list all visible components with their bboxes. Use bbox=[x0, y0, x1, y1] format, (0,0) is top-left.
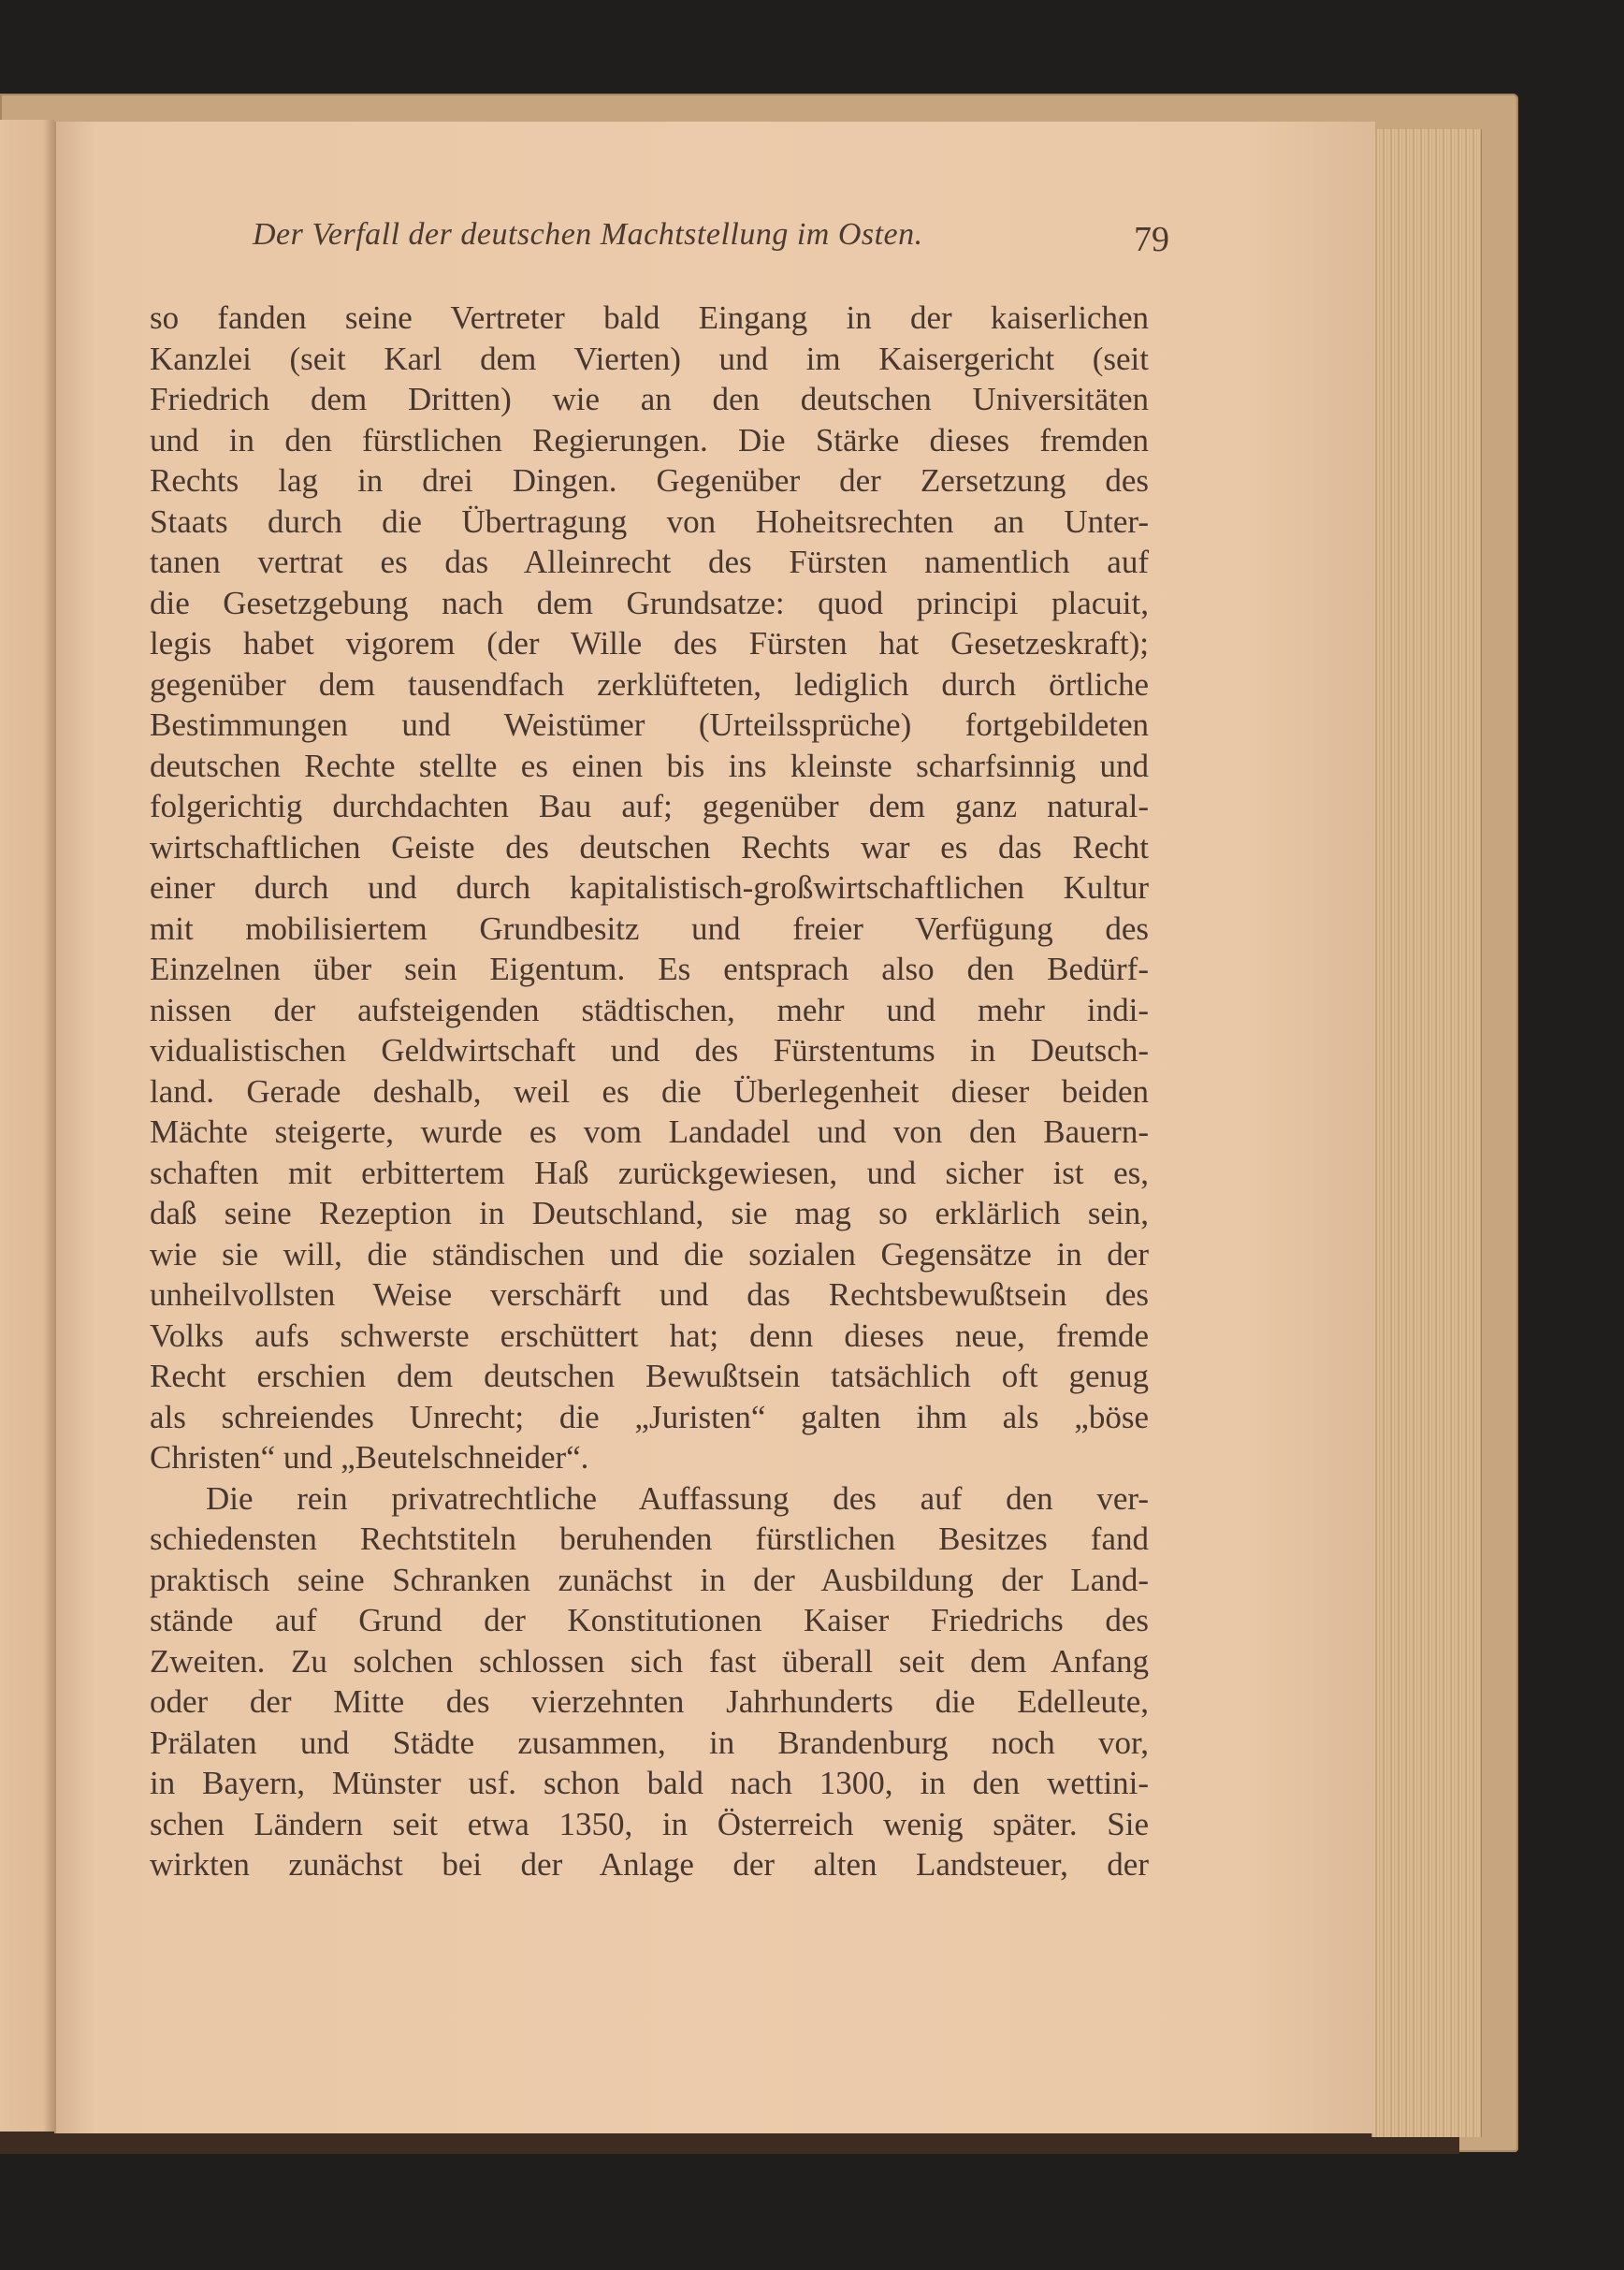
text-line-paragraph-end: Christen“ und „Beutelschneider“. bbox=[150, 1437, 1149, 1478]
page-number: 79 bbox=[1134, 219, 1169, 260]
text-line: Bestimmungen und Weistümer (Urteilssprüc… bbox=[150, 705, 1149, 746]
text-line: Friedrich dem Dritten) wie an den deutsc… bbox=[150, 379, 1149, 420]
text-line: stände auf Grund der Konstitutionen Kais… bbox=[150, 1600, 1149, 1641]
text-line: Kanzlei (seit Karl dem Vierten) und im K… bbox=[150, 339, 1149, 380]
text-line: Prälaten und Städte zusammen, in Branden… bbox=[150, 1723, 1149, 1764]
text-line: schaften mit erbittertem Haß zurückgewie… bbox=[150, 1153, 1149, 1194]
text-line: und in den fürstlichen Regierungen. Die … bbox=[150, 420, 1149, 461]
text-line: legis habet vigorem (der Wille des Fürst… bbox=[150, 623, 1149, 664]
text-line: Mächte steigerte, wurde es vom Landadel … bbox=[150, 1112, 1149, 1153]
left-page-edge bbox=[0, 120, 54, 2132]
text-line: Recht erschien dem deutschen Bewußtsein … bbox=[150, 1356, 1149, 1397]
text-line: nissen der aufsteigenden städtischen, me… bbox=[150, 990, 1149, 1031]
text-line: Zweiten. Zu solchen schlossen sich fast … bbox=[150, 1641, 1149, 1682]
body-text: so fanden seine Vertreter bald Eingang i… bbox=[150, 298, 1149, 1885]
text-line: einer durch und durch kapitalistisch-gro… bbox=[150, 867, 1149, 909]
cover-bottom-edge bbox=[0, 2132, 1459, 2154]
text-line: Einzelnen über sein Eigentum. Es entspra… bbox=[150, 949, 1149, 990]
page-stack-edge bbox=[1371, 129, 1482, 2137]
text-line: schen Ländern seit etwa 1350, in Österre… bbox=[150, 1804, 1149, 1845]
text-line: deutschen Rechte stellte es einen bis in… bbox=[150, 746, 1149, 787]
text-line: daß seine Rezeption in Deutschland, sie … bbox=[150, 1193, 1149, 1234]
text-line: Rechts lag in drei Dingen. Gegenüber der… bbox=[150, 460, 1149, 502]
text-line: wie sie will, die ständischen und die so… bbox=[150, 1234, 1149, 1275]
text-line: schiedensten Rechtstiteln beruhenden für… bbox=[150, 1519, 1149, 1560]
text-line: tanen vertrat es das Alleinrecht des Für… bbox=[150, 542, 1149, 583]
text-line: Staats durch die Übertragung von Hoheits… bbox=[150, 502, 1149, 543]
text-line: wirkten zunächst bei der Anlage der alte… bbox=[150, 1844, 1149, 1885]
text-line: in Bayern, Münster usf. schon bald nach … bbox=[150, 1763, 1149, 1804]
text-line: praktisch seine Schranken zunächst in de… bbox=[150, 1560, 1149, 1601]
text-line: gegenüber dem tausendfach zerklüfteten, … bbox=[150, 664, 1149, 706]
text-line: als schreiendes Unrecht; die „Juristen“ … bbox=[150, 1397, 1149, 1438]
text-line: land. Gerade deshalb, weil es die Überle… bbox=[150, 1071, 1149, 1113]
text-line: wirtschaftlichen Geiste des deutschen Re… bbox=[150, 827, 1149, 868]
running-title: Der Verfall der deutschen Machtstellung … bbox=[253, 217, 923, 253]
text-line-paragraph-start: Die rein privatrechtliche Auffassung des… bbox=[150, 1478, 1149, 1520]
text-line: mit mobilisiertem Grundbesitz und freier… bbox=[150, 909, 1149, 950]
text-line: oder der Mitte des vierzehnten Jahrhunde… bbox=[150, 1681, 1149, 1723]
text-line: unheilvollsten Weise verschärft und das … bbox=[150, 1274, 1149, 1316]
text-line: Volks aufs schwerste erschüttert hat; de… bbox=[150, 1316, 1149, 1357]
text-line: vidualistischen Geldwirtschaft und des F… bbox=[150, 1030, 1149, 1071]
page-header: Der Verfall der deutschen Machtstellung … bbox=[253, 217, 1169, 262]
text-line: so fanden seine Vertreter bald Eingang i… bbox=[150, 298, 1149, 339]
text-line: folgerichtig durchdachten Bau auf; gegen… bbox=[150, 786, 1149, 827]
text-line: die Gesetzgebung nach dem Grundsatze: qu… bbox=[150, 583, 1149, 624]
